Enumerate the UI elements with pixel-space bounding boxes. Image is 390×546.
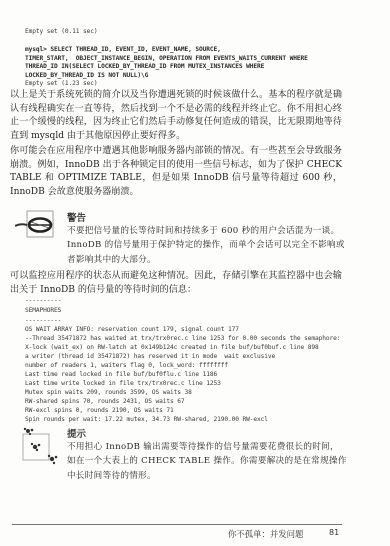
semaphore-line-thread-waited: --Thread 35471872 has waited at trx/trx0…	[25, 335, 340, 344]
sql-query-line-2: TIMER_START, OBJECT_INSTANCE_BEGIN, OPER…	[25, 55, 308, 64]
warning-scorpion-icon	[15, 210, 63, 248]
warning-title: 警告	[67, 210, 86, 224]
paragraph-deadlock-summary: 以上是关于系统死锁的简介以及当你遭遇死锁的时候该做什么。基本的程序就是确认有线程…	[10, 89, 342, 143]
tip-note: 提示 不用担心 InnoDB 输出需要等待操作的信号量需要花费很长的时间，如在一…	[15, 426, 345, 476]
semaphore-separator-top: ----------	[25, 297, 61, 306]
paragraph-internal-locks: 你可能会在应用程序中遭遇其他影响服务器内部锁的情况。有一些甚至会导致服务崩溃。例…	[10, 145, 342, 199]
tip-title: 提示	[67, 426, 86, 440]
sql-query-line-1: mysql> SELECT THREAD_ID, EVENT_ID, EVENT…	[25, 46, 221, 55]
footer-divider	[12, 524, 342, 525]
sql-query-line-4: LOCKED_BY_THREAD_ID IS NOT NULL)\G	[25, 72, 148, 81]
semaphore-line-spin-rounds: Spin rounds per wait: 17.22 mutex, 34.73…	[25, 416, 268, 425]
warning-body: 不要把信号量的长等待时间和持续多于 600 秒的用户会话混为一谈。InnoDB …	[67, 224, 347, 267]
book-page: Empty set (0.11 sec) mysql> SELECT THREA…	[0, 0, 390, 546]
semaphore-separator-bottom: ----------	[25, 317, 61, 326]
semaphore-line-mutex-spin: Mutex spin waits 209, rounds 3599, OS wa…	[25, 389, 192, 398]
paragraph-monitor-status: 可以监控应用程序的状态从而避免这种情况。因此，存储引擎在其监控器中也会输出关于 …	[10, 270, 342, 297]
semaphore-header: SEMAPHORES	[25, 307, 61, 316]
semaphore-line-writer: a writer (thread id 35471872) has reserv…	[25, 353, 275, 362]
running-title: 你不孤单：并发问题	[228, 528, 303, 540]
warning-note: 警告 不要把信号量的长等待时间和持续多于 600 秒的用户会话混为一谈。Inno…	[15, 210, 345, 260]
page-number: 81	[329, 528, 339, 537]
sql-query-line-3: THREAD_ID IN(SELECT LOCKED_BY_THREAD_ID …	[25, 63, 264, 72]
semaphore-line-xlock: X-lock (wait_ex) on RW-latch at 0x149b12…	[25, 344, 319, 353]
semaphore-line-rw-excl: RW-excl spins 0, rounds 2190, OS waits 7…	[25, 407, 174, 416]
semaphore-line-os-wait: OS WAIT ARRAY INFO: reservation count 17…	[25, 326, 239, 335]
semaphore-line-readers: number of readers 1, waiters flag 0, loc…	[25, 362, 228, 371]
semaphore-line-last-read: Last time read locked in file buf/buf0fl…	[25, 371, 217, 380]
semaphore-line-last-write: Last time write locked in file trx/trx0r…	[25, 380, 221, 389]
tip-body: 不用担心 InnoDB 输出需要等待操作的信号量需要花费很长的时间，如在一个大表…	[67, 440, 347, 483]
tip-paw-prints-icon	[15, 426, 63, 474]
semaphore-line-rw-shared: RW-shared spins 70, rounds 2431, OS wait…	[25, 398, 185, 407]
code-output-empty-set-2: Empty set (1.23 sec)	[25, 80, 98, 89]
code-output-empty-set-1: Empty set (0.11 sec)	[25, 28, 98, 37]
